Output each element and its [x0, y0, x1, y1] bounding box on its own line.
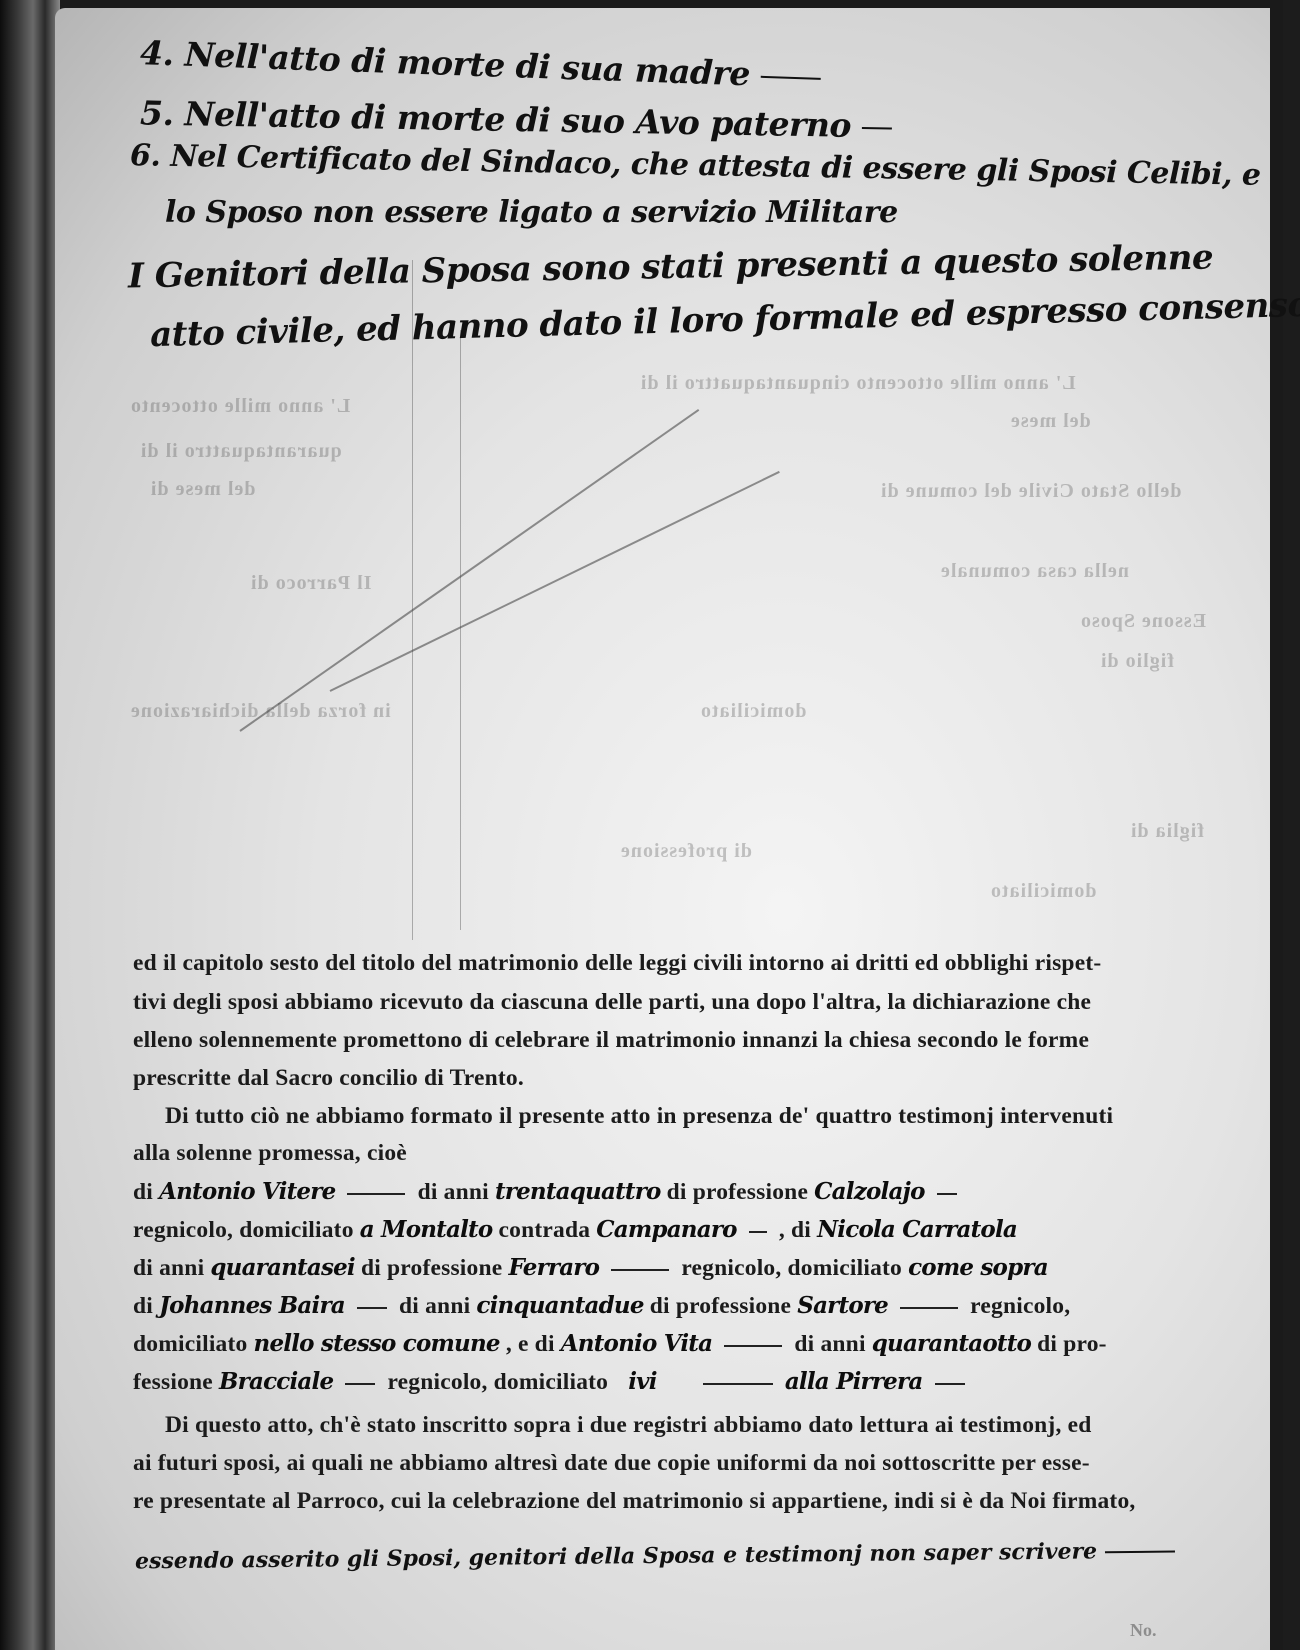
witness-name: Johannes Baira: [159, 1292, 345, 1319]
ghost-text: nella casa comunale: [940, 560, 1129, 583]
witness-age: quarantaotto: [872, 1330, 1031, 1357]
page-right-shadow: [1283, 0, 1300, 1650]
label: contrada: [499, 1217, 591, 1243]
note-number: 5.: [140, 93, 174, 133]
witness-age: trentaquattro: [495, 1178, 661, 1205]
note-tail-line: [862, 127, 892, 130]
witness-name: Antonio Vita: [561, 1330, 712, 1357]
label: regnicolo, domiciliato: [681, 1255, 902, 1281]
witness-name: Nicola Carratola: [817, 1216, 1017, 1243]
blank-line: [724, 1345, 782, 1347]
body-line: Di tutto ciò ne abbiamo formato il prese…: [165, 1103, 1230, 1130]
witness-domicile: ivi: [628, 1368, 656, 1395]
ghost-text: quarantaquattro il di: [140, 440, 342, 463]
label: fessione: [133, 1369, 213, 1395]
label: di anni: [399, 1293, 470, 1319]
body-line: prescritte dal Sacro concilio di Trento.: [133, 1065, 1198, 1092]
ghost-text: figlio di: [1100, 650, 1174, 673]
label: di professione: [667, 1179, 808, 1205]
ghost-text: dello Stato Civile del comune di: [880, 480, 1181, 503]
label: regnicolo, domiciliato: [387, 1369, 608, 1395]
witness-profession: Calzolajo: [814, 1178, 924, 1205]
label: , e di: [506, 1331, 555, 1357]
closing-line: Di questo atto, ch'è stato inscritto sop…: [165, 1412, 1230, 1439]
witness-3-4-line: domiciliato nello stesso comune , e di A…: [133, 1330, 1198, 1358]
blank-line: [703, 1383, 773, 1385]
ghost-text: del mese: [1010, 410, 1091, 433]
ghost-text: Essone Sposo: [1080, 610, 1206, 633]
note-tail-line: [761, 76, 821, 80]
witness-1-2-line: regnicolo, domiciliato a Montalto contra…: [133, 1216, 1198, 1244]
label: di: [133, 1293, 153, 1319]
witness-domicile: nello stesso comune: [254, 1330, 500, 1357]
witness-profession: Ferraro: [508, 1254, 599, 1281]
witness-domicile: come sopra: [908, 1254, 1048, 1281]
witness-domicile: a Montalto: [360, 1216, 493, 1243]
witness-2-line: di anni quarantasei di professione Ferra…: [133, 1254, 1198, 1282]
label: di professione: [361, 1255, 502, 1281]
ghost-text: L' anno mille ottocento cinquantaquattro…: [640, 372, 1076, 395]
witness-contrada: Campanaro: [596, 1216, 736, 1243]
label: regnicolo, domiciliato: [133, 1217, 354, 1243]
witness-profession: Sartore: [797, 1292, 888, 1319]
ghost-text: domiciliato: [990, 880, 1097, 903]
body-line: alla solenne promessa, cioè: [133, 1140, 1198, 1167]
blank-line: [611, 1269, 669, 1271]
witness-age: cinquantadue: [476, 1292, 643, 1319]
witness-profession: Bracciale: [219, 1368, 333, 1395]
ghost-text: di professione: [620, 840, 752, 863]
blank-line: [935, 1383, 965, 1385]
blank-line: [357, 1307, 387, 1309]
note-number: 4.: [140, 33, 175, 73]
label: di anni: [418, 1179, 489, 1205]
blank-line: [345, 1383, 375, 1385]
ghost-text: Il Parroco di: [250, 572, 372, 595]
ghost-text: domiciliato: [700, 700, 807, 723]
body-line: elleno solennemente promettono di celebr…: [133, 1027, 1198, 1054]
closing-line: re presentate al Parroco, cui la celebra…: [133, 1488, 1198, 1515]
witness-1-line: di Antonio Vitere di anni trentaquattro …: [133, 1178, 1198, 1206]
ghost-text: figlia di: [1130, 820, 1204, 843]
blank-line: [749, 1231, 767, 1233]
ghost-text: del mese di: [150, 478, 255, 501]
body-line: tivi degli sposi abbiamo ricevuto da cia…: [133, 989, 1198, 1016]
label: domiciliato: [133, 1331, 247, 1357]
bleed-column-rule-left: [412, 260, 413, 940]
witness-4-line: fessione Bracciale regnicolo, domiciliat…: [133, 1368, 1198, 1396]
blank-line: [937, 1193, 957, 1195]
blank-line: [900, 1307, 958, 1309]
book-binding-edge: [0, 0, 60, 1650]
blank-line: [347, 1193, 405, 1195]
closing-tail-line: [1105, 1551, 1175, 1554]
witness-location: alla Pirrera: [785, 1368, 923, 1395]
label: di professione: [650, 1293, 791, 1319]
closing-line: ai futuri sposi, ai quali ne abbiamo alt…: [133, 1450, 1198, 1477]
witness-3-line: di Johannes Baira di anni cinquantadue d…: [133, 1292, 1198, 1320]
body-line: ed il capitolo sesto del titolo del matr…: [133, 950, 1198, 977]
footer-bleed-text: No.: [1130, 1620, 1157, 1641]
label: di anni: [794, 1331, 865, 1357]
witness-age: quarantasei: [210, 1254, 355, 1281]
label: di anni: [133, 1255, 204, 1281]
ghost-text: in forza della dichiarazione: [130, 700, 391, 723]
ghost-text: L' anno mille ottocento: [130, 395, 350, 418]
label: di: [133, 1179, 153, 1205]
note-number: 6.: [130, 138, 161, 174]
label: , di: [779, 1217, 811, 1243]
label: regnicolo,: [970, 1293, 1070, 1319]
note-text: lo Sposo non essere ligato a servizio Mi…: [165, 195, 898, 230]
label: di pro-: [1037, 1331, 1107, 1357]
handwritten-note-6-cont: lo Sposo non essere ligato a servizio Mi…: [165, 195, 898, 230]
bleed-column-rule-right: [460, 330, 461, 930]
witness-name: Antonio Vitere: [159, 1178, 335, 1205]
